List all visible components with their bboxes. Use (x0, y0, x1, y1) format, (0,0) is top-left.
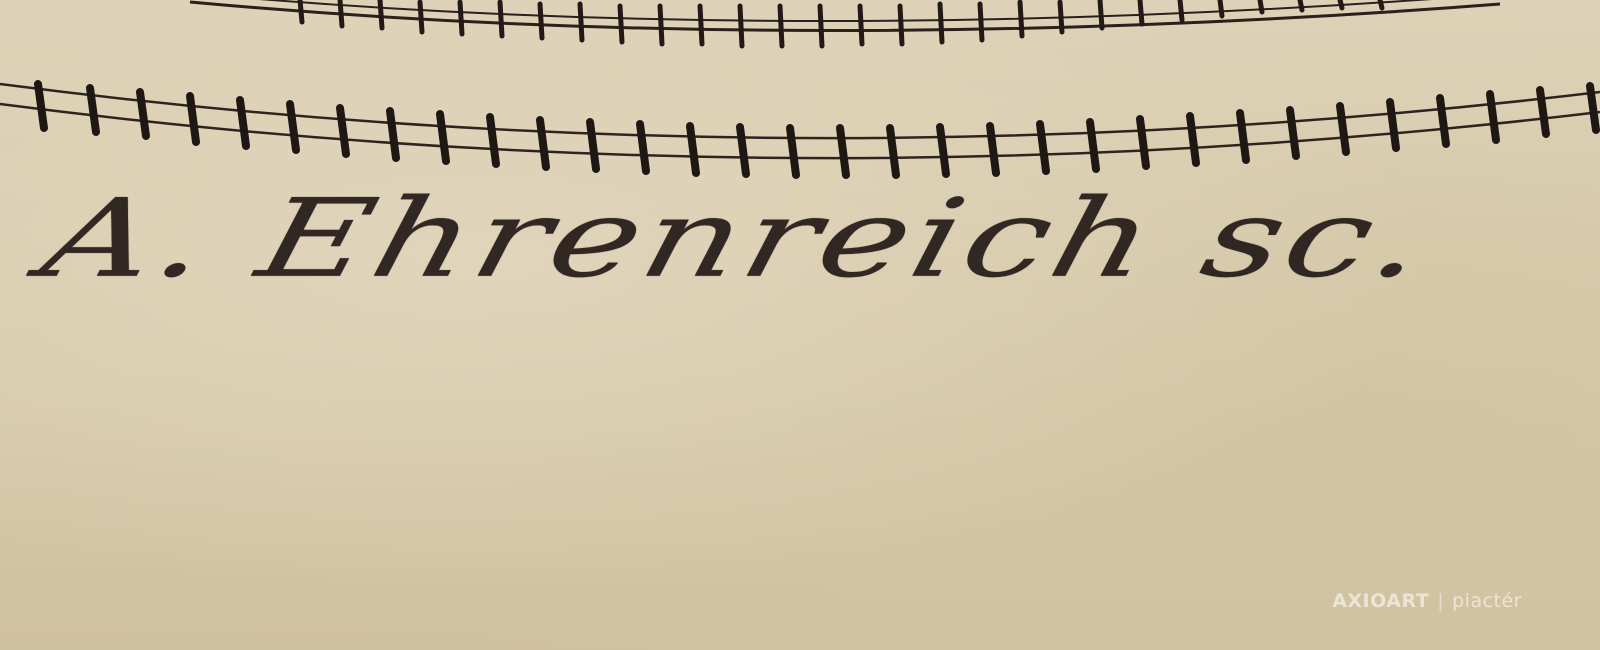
engraving-photo: A. Ehrenreich sc. AXIOART | piactér (0, 0, 1600, 650)
watermark-brand: AXIOART (1332, 590, 1429, 612)
watermark-subtitle: piactér (1452, 590, 1522, 612)
engraver-signature: A. Ehrenreich sc. (33, 185, 1440, 293)
upper-hatched-border (0, 0, 1600, 70)
watermark-separator: | (1437, 590, 1444, 612)
axioart-watermark: AXIOART | piactér (1332, 590, 1522, 612)
